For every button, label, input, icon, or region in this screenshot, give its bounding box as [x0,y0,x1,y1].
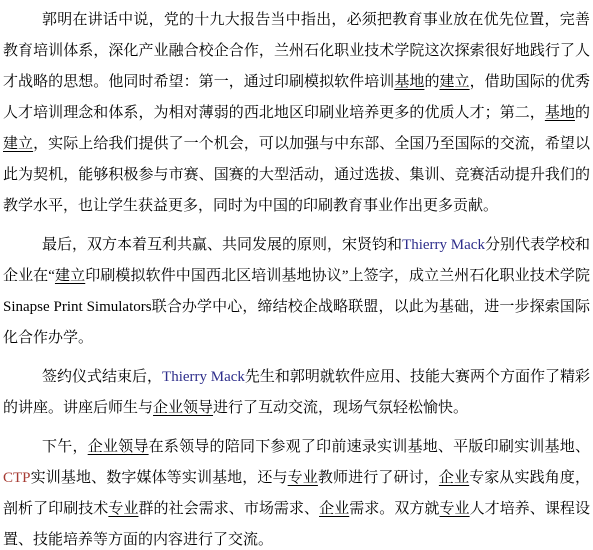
text-run: 的 [575,105,590,121]
text-run: 需求。双方就 [349,501,439,517]
text-run: 最后，双方本着互利共赢、共同发展的原则，宋贤钧和 [42,237,402,253]
paragraph-speech: 郭明在讲话中说，党的十九大报告当中指出，必须把教育事业放在优先位置，完善教育培训… [3,5,590,222]
text-run: ，实际上给我们提供了一个机会，可以加强与中东部、全国乃至国际的交流，希望以此为契… [3,136,590,214]
underlined-text: 企业 [439,470,469,486]
underlined-text: 建立 [55,268,85,284]
underlined-text: 专业 [108,501,138,517]
text-run: 签约仪式结束后， [42,369,162,385]
text-run: 群的社会需求、市场需求、 [138,501,319,517]
text-run: 的 [424,74,439,90]
paragraph-signing: 最后，双方本着互利共赢、共同发展的原则，宋贤钧和Thierry Mack分别代表… [3,230,590,354]
ctp-term: CTP [3,470,31,486]
underlined-text: 基地 [545,105,575,121]
text-run: 在系领导的陪同下参观了印前速录实训基地、平版印刷实训基地、 [149,439,590,455]
underlined-text: 建立 [440,74,470,90]
text-run: 进行了互动交流，现场气氛轻松愉快。 [213,400,468,416]
underlined-text: 企业领导 [88,439,149,455]
text-run: 教师进行了研讨， [318,470,439,486]
underlined-text: 企业领导 [153,400,213,416]
underlined-text: 企业 [319,501,349,517]
article-text: 郭明在讲话中说，党的十九大报告当中指出，必须把教育事业放在优先位置，完善教育培训… [0,0,593,550]
english-person-name: Thierry Mack [402,237,485,253]
underlined-text: 建立 [3,136,33,152]
paragraph-lecture: 签约仪式结束后，Thierry Mack先生和郭明就软件应用、技能大赛两个方面作… [3,362,590,424]
text-run: 下午， [42,439,88,455]
text-run: 印刷模拟软件中国西北区培训基地协议”上签字，成立兰州石化职业技术学院 [85,268,590,284]
english-person-name: Thierry Mack [162,369,245,385]
paragraph-afternoon-visit: 下午，企业领导在系领导的陪同下参观了印前速录实训基地、平版印刷实训基地、CTP实… [3,432,590,550]
underlined-text: 专业 [440,501,470,517]
text-run: 实训基地、数字媒体等实训基地，还与 [31,470,288,486]
english-term: Sinapse Print Simulators [3,299,152,315]
underlined-text: 专业 [288,470,318,486]
underlined-text: 基地 [394,74,424,90]
